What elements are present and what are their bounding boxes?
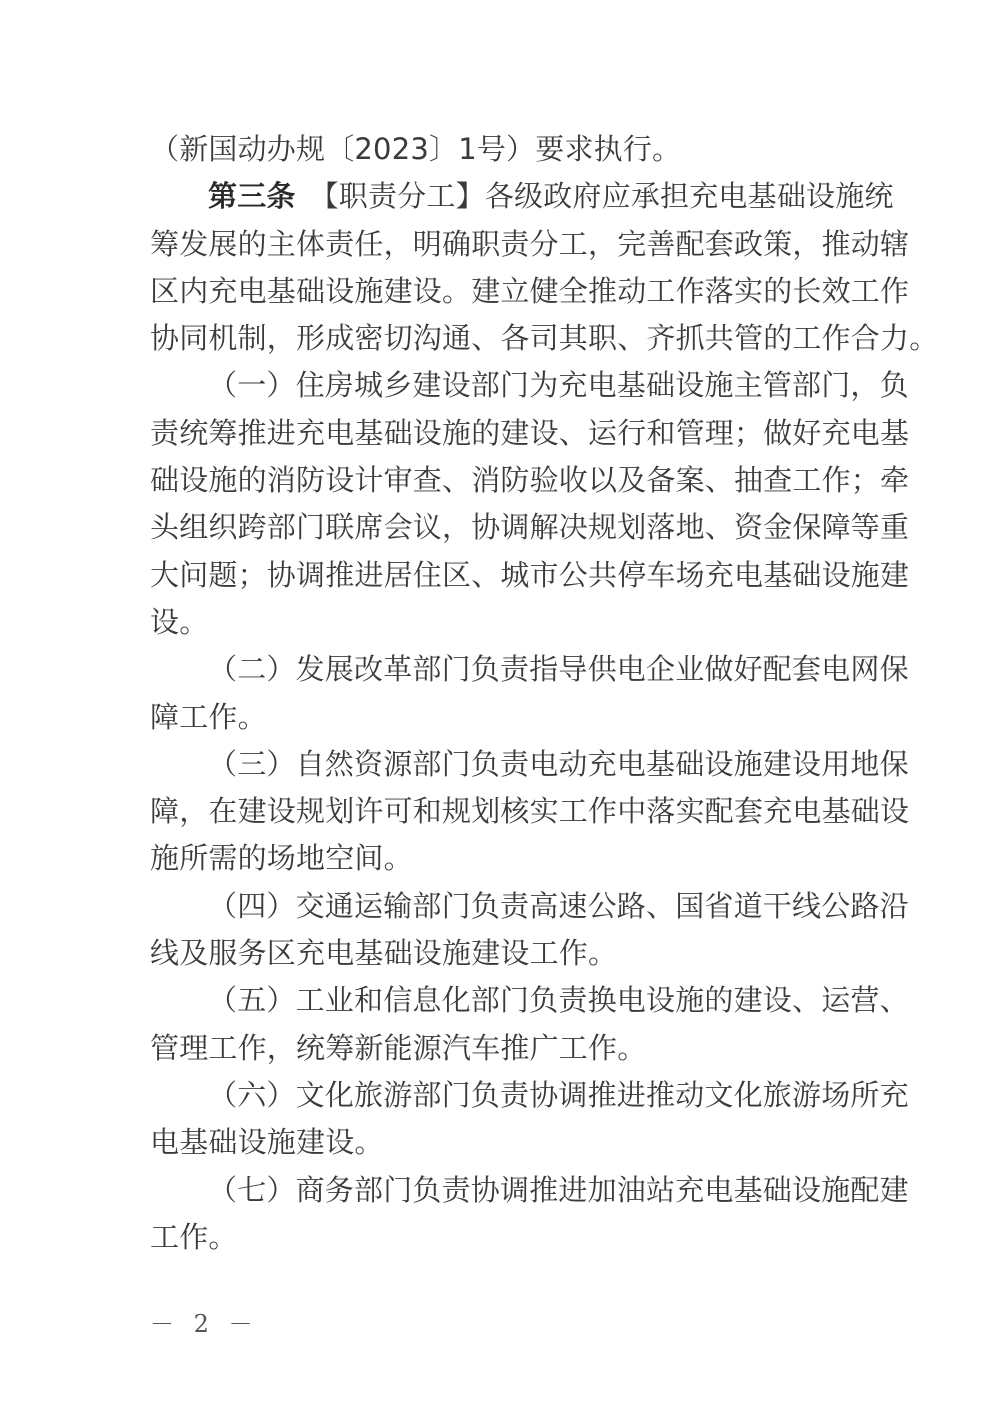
text-line: 协同机制，形成密切沟通、各司其职、齐抓共管的工作合力。	[150, 315, 855, 362]
text-line: 础设施的消防设计审查、消防验收以及备案、抽查工作；牵	[150, 457, 855, 504]
text-line: 责统筹推进充电基础设施的建设、运行和管理；做好充电基	[150, 410, 855, 457]
text-line: 设。	[150, 599, 855, 646]
text-line: 区内充电基础设施建设。建立健全推动工作落实的长效工作	[150, 268, 855, 315]
text-line: 筹发展的主体责任，明确职责分工，完善配套政策，推动辖	[150, 221, 855, 268]
page-number: － 2 －	[150, 1304, 259, 1339]
text-line: 线及服务区充电基础设施建设工作。	[150, 930, 855, 977]
clause-6-line: （六）文化旅游部门负责协调推进推动文化旅游场所充	[150, 1072, 855, 1119]
article-title: 【职责分工】	[310, 179, 485, 213]
clause-4-line: （四）交通运输部门负责高速公路、国省道干线公路沿	[150, 883, 855, 930]
article-number: 第三条	[208, 179, 296, 213]
article-heading-line: 第三条【职责分工】各级政府应承担充电基础设施统	[150, 173, 855, 220]
text-line: 施所需的场地空间。	[150, 835, 855, 882]
document-body: （新国动办规〔2023〕1号）要求执行。 第三条【职责分工】各级政府应承担充电基…	[150, 126, 855, 1261]
text-line: （新国动办规〔2023〕1号）要求执行。	[150, 126, 855, 173]
text-line: 头组织跨部门联席会议，协调解决规划落地、资金保障等重	[150, 504, 855, 551]
article-text: 各级政府应承担充电基础设施统	[485, 179, 894, 213]
text-line: 障，在建设规划许可和规划核实工作中落实配套充电基础设	[150, 788, 855, 835]
clause-2-line: （二）发展改革部门负责指导供电企业做好配套电网保	[150, 646, 855, 693]
clause-7-line: （七）商务部门负责协调推进加油站充电基础设施配建	[150, 1167, 855, 1214]
text-line: 工作。	[150, 1214, 855, 1261]
text-line: 管理工作，统筹新能源汽车推广工作。	[150, 1025, 855, 1072]
clause-5-line: （五）工业和信息化部门负责换电设施的建设、运营、	[150, 977, 855, 1024]
text-line: 障工作。	[150, 694, 855, 741]
clause-3-line: （三）自然资源部门负责电动充电基础设施建设用地保	[150, 741, 855, 788]
text-line: 电基础设施建设。	[150, 1119, 855, 1166]
text-line: 大问题；协调推进居住区、城市公共停车场充电基础设施建	[150, 552, 855, 599]
clause-1-line: （一）住房城乡建设部门为充电基础设施主管部门，负	[150, 362, 855, 409]
